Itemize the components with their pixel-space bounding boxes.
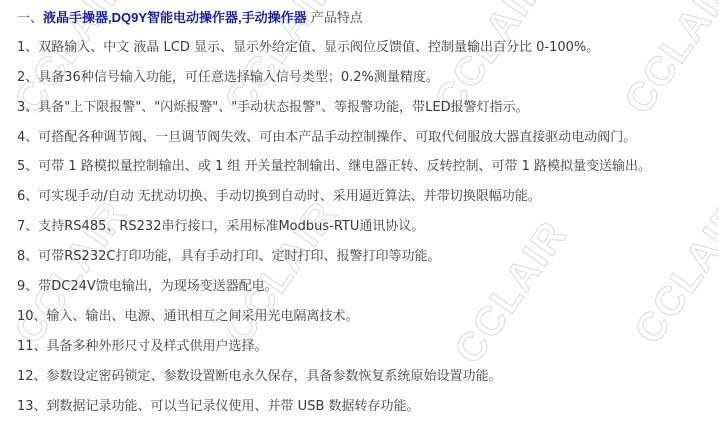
feature-item-12: 12、参数设定密码锁定、参数设置断电永久保存，具备参数恢复系统原始设置功能。 [17, 368, 502, 386]
section-heading: 一、液晶手操器,DQ9Y智能电动操作器,手动操作器 产品特点 [17, 9, 363, 28]
feature-item-11: 11、具备多种外形尺寸及样式供用户选择。 [17, 338, 268, 356]
product-features-document: 一、液晶手操器,DQ9Y智能电动操作器,手动操作器 产品特点 1、双路输入、中文… [0, 0, 719, 436]
feature-item-9: 9、带DC24V馈电输出，为现场变送器配电。 [17, 278, 278, 296]
feature-item-2: 2、具备36种信号输入功能，可任意选择输入信号类型；0.2%测量精度。 [17, 69, 439, 87]
feature-item-7: 7、支持RS485、RS232串行接口，采用标准Modbus-RTU通讯协议。 [17, 218, 424, 236]
feature-item-13: 13、到数据记录功能、可以当记录仪使用、并带 USB 数据转存功能。 [17, 398, 420, 416]
heading-prefix: 一、 [17, 11, 43, 26]
feature-item-3: 3、具备"上下限报警"、"闪烁报警"、"手动状态报警"、等报警功能，带LED报警… [17, 99, 529, 117]
feature-item-10: 10、输入、输出、电源、通讯相互之间采用光电隔离技术。 [17, 308, 359, 326]
feature-item-4: 4、可搭配各种调节阀、一旦调节阀失效、可由本产品手动控制操作、可取代伺服放大器直… [17, 129, 636, 147]
feature-item-1: 1、双路输入、中文 液晶 LCD 显示、显示外给定值、显示阀位反馈值、控制量输出… [17, 39, 599, 57]
feature-item-6: 6、可实现手动/自动 无扰动切换、手动切换到自动时、采用逼近算法、并带切换限幅功… [17, 188, 541, 206]
feature-item-8: 8、可带RS232C打印功能，具有手动打印、定时打印、报警打印等功能。 [17, 248, 440, 266]
heading-title: 液晶手操器,DQ9Y智能电动操作器,手动操作器 [43, 10, 307, 25]
heading-suffix: 产品特点 [307, 11, 363, 26]
feature-item-5: 5、可带 1 路模拟量控制输出、或 1 组 开关量控制输出、继电器正转、反转控制… [17, 158, 651, 176]
